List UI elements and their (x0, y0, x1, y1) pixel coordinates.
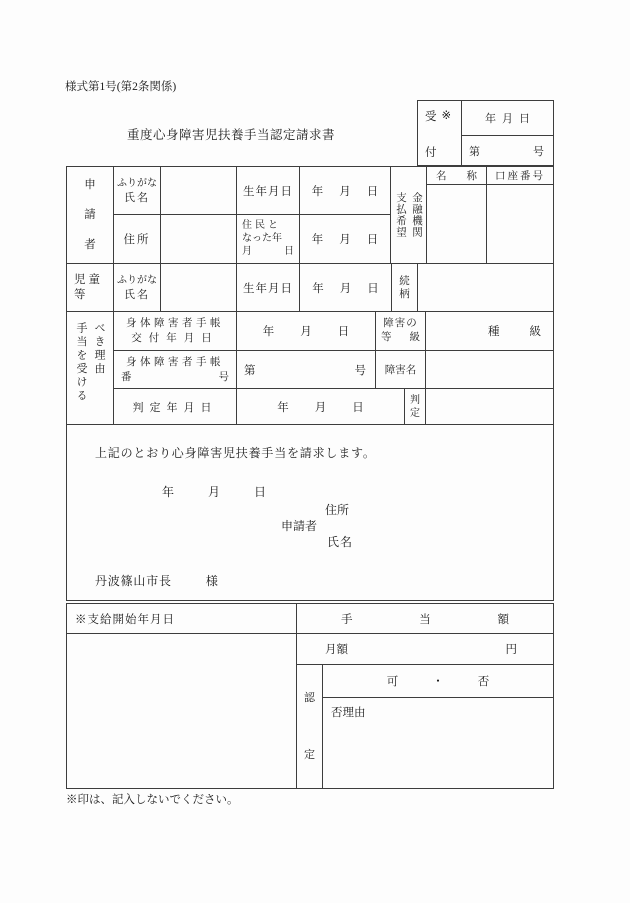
bank-name-char2: 称 (467, 168, 478, 183)
judgement-date-cell: 年 月 日 (237, 389, 405, 425)
child-label-line2: 等 (74, 288, 113, 303)
bank-name-header: 名 称 (427, 167, 487, 185)
approval-char2: 定 (304, 746, 315, 762)
allowance-char3: 額 (498, 611, 510, 627)
child-name-field (161, 264, 237, 312)
child-birthdate-label: 生年月日 (237, 264, 300, 312)
statement-name-label: 氏名 (327, 533, 353, 550)
receipt-char-uke: 受 (425, 108, 437, 124)
applicant-char-2: 請 (84, 206, 96, 222)
bank-section-label: 支払希望 金融機関 (391, 167, 427, 264)
receipt-date-month: 月 (502, 110, 513, 126)
receipt-number-suffix: 号 (533, 143, 544, 159)
handbook-issue-date-label: 身体障害者手帳 交付年月日 (114, 312, 237, 351)
allowance-amount-header: 手 当 額 (297, 604, 553, 634)
year-label: 年 (263, 323, 275, 339)
day-label: 日 (352, 399, 364, 415)
applicant-char-1: 申 (84, 176, 96, 192)
applicant-address-label: 住所 (114, 215, 161, 264)
day-label: 日 (367, 231, 379, 247)
grade-label-line2: 等 級 (381, 331, 420, 345)
statement-date: 年 月 日 (162, 483, 266, 500)
disability-name-field (426, 351, 553, 389)
resident-label-line3: 月 日 (242, 245, 294, 258)
month-label: 月 (300, 323, 312, 339)
honorific-sama: 様 (206, 572, 218, 589)
approve-option: 可 (387, 673, 399, 689)
receipt-label-top: 受 ※ (418, 108, 451, 124)
option-separator: ・ (432, 673, 444, 689)
resident-date-label-lines: 住民と なった年 月 日 (237, 215, 299, 258)
grade-unit-shu: 種 (488, 323, 500, 339)
applicant-birthdate-label: 生年月日 (237, 167, 300, 215)
applicant-resident-date-cell: 年 月 日 (300, 215, 391, 264)
child-birthdate-cell: 年 月 日 (300, 264, 392, 312)
payment-start-date-label: ※支給開始年月日 (67, 604, 297, 634)
day-label: 日 (367, 183, 379, 199)
monthly-amount-row: 月額 円 (297, 634, 553, 665)
number-char-go: 号 (219, 370, 230, 385)
declaration-text: 上記のとおり心身障害児扶養手当を請求します。 (95, 444, 376, 461)
approval-char1: 認 (304, 689, 315, 705)
relation-char2: 柄 (399, 288, 410, 301)
handbook-number-label: 身体障害者手帳 番 号 (114, 351, 237, 389)
year-label: 年 (312, 280, 324, 296)
deny-reason-cell: 否理由 (323, 698, 553, 788)
judgement-char1: 判 (410, 394, 420, 407)
applicant-address-field (161, 215, 237, 264)
judgement-char2: 定 (410, 407, 420, 420)
day-label: 日 (338, 323, 350, 339)
number-prefix: 第 (244, 362, 256, 378)
child-label-line1: 児童 (74, 273, 113, 288)
resident-label-line1: 住民と (242, 219, 294, 232)
receipt-date-day: 日 (519, 110, 530, 126)
applicant-resident-date-label: 住民と なった年 月 日 (237, 215, 300, 264)
furigana-label: ふりがな (117, 176, 157, 191)
handbook-label-line1: 身体障害者手帳 (126, 316, 224, 331)
child-relation-label: 続 柄 (392, 264, 418, 312)
receipt-date-year: 年 (485, 110, 496, 126)
child-section-label: 児童 等 (67, 264, 114, 312)
receipt-label-cell: 受 ※ 付 (418, 101, 462, 165)
day-label: 日 (284, 245, 294, 258)
bank-name-char1: 名 (436, 168, 447, 183)
bank-inst-col: 金融機関 (409, 192, 424, 238)
handbook-issue-date-cell: 年 月 日 (237, 312, 376, 351)
month-label: 月 (208, 483, 220, 500)
year-label: 年 (312, 231, 324, 247)
grade-char2: 級 (410, 331, 421, 345)
grade-unit-kyu: 級 (530, 323, 542, 339)
day-label: 日 (367, 280, 379, 296)
mayor-title: 丹波篠山市長 (95, 572, 172, 589)
allowance-char2: 当 (419, 611, 431, 627)
judgement-label: 判 定 (405, 389, 426, 425)
day-label: 日 (254, 483, 266, 500)
receipt-number-prefix: 第 (469, 143, 480, 159)
statement-address-label: 住所 (325, 501, 349, 518)
month-label: 月 (315, 399, 327, 415)
bank-wish-col: 支払希望 (393, 192, 408, 238)
relation-char1: 続 (399, 275, 410, 288)
year-label: 年 (277, 399, 289, 415)
number-suffix: 号 (355, 362, 367, 378)
handbook-number-line1: 身体障害者手帳 (121, 355, 229, 370)
statement-applicant-label: 申請者 (281, 517, 317, 534)
applicant-furigana-name-label: ふりがな 氏名 (114, 167, 161, 215)
bank-account-header: 口座番号 (487, 167, 553, 185)
form-number: 様式第1号(第2条関係) (65, 78, 176, 94)
reason-section-label: 手当を受ける べき理由 (67, 312, 114, 425)
applicant-section-label: 申 請 者 (67, 167, 114, 264)
bank-name-field (427, 185, 487, 264)
footer-note: ※印は、記入しないでください。 (66, 791, 239, 807)
receipt-box: 受 ※ 付 年 月 日 第 号 (417, 100, 554, 166)
number-char-ban: 番 (121, 370, 132, 385)
deny-option: 否 (478, 673, 490, 689)
page-title: 重度心身障害児扶養手当認定請求書 (127, 125, 335, 143)
handbook-number-cell: 第 号 (237, 351, 376, 389)
applicant-name-field (161, 167, 237, 215)
applicant-birthdate-cell: 年 月 日 (300, 167, 391, 215)
resident-label-line2: なった年 (242, 232, 294, 245)
month-label: 月 (339, 183, 351, 199)
handbook-number-line2: 番 号 (121, 370, 229, 385)
approve-deny-row: 可 ・ 否 (323, 665, 553, 698)
receipt-number-cell: 第 号 (462, 136, 553, 165)
receipt-date-cell: 年 月 日 (462, 101, 553, 136)
applicant-char-3: 者 (84, 236, 96, 252)
disability-name-label: 障害名 (376, 351, 426, 389)
child-relation-field (418, 264, 553, 312)
receipt-char-fu: 付 (418, 144, 437, 160)
decision-table: ※支給開始年月日 手 当 額 月額 円 認 定 可 ・ 否 否理由 (66, 603, 554, 789)
year-label: 年 (162, 483, 174, 500)
name-label: 氏名 (124, 191, 150, 206)
grade-value-cell: 種 級 (426, 312, 553, 351)
allowance-char1: 手 (341, 611, 353, 627)
bank-account-field (487, 185, 553, 264)
child-furigana-name-label: ふりがな 氏名 (114, 264, 161, 312)
reason-label-col1: 手当を受ける (73, 322, 89, 403)
disability-grade-label: 障害の 等 級 (376, 312, 426, 351)
judgement-field (426, 389, 553, 425)
yen-label: 円 (506, 641, 518, 657)
deny-reason-label: 否理由 (331, 704, 366, 720)
grade-char1: 等 (381, 331, 392, 345)
judgement-date-label: 判定年月日 (114, 389, 237, 425)
main-table: 申 請 者 ふりがな 氏名 生年月日 年 月 日 住所 住民と なった年 月 日 (66, 166, 554, 601)
grade-label-line1: 障害の (381, 317, 420, 331)
mayor-line: 丹波篠山市長 様 (95, 572, 218, 589)
monthly-label: 月額 (325, 641, 348, 657)
asterisk-mark: ※ (442, 108, 452, 124)
month-label: 月 (340, 280, 352, 296)
name-label: 氏名 (124, 288, 150, 303)
handbook-label-line2: 交付年月日 (131, 331, 219, 346)
approval-section-label: 認 定 (297, 665, 323, 788)
form-page: 様式第1号(第2条関係) 重度心身障害児扶養手当認定請求書 受 ※ 付 年 月 … (0, 0, 630, 903)
month-label: 月 (242, 245, 252, 258)
year-label: 年 (312, 183, 324, 199)
furigana-label: ふりがな (117, 273, 157, 288)
reason-label-col2: べき理由 (91, 322, 107, 376)
month-label: 月 (339, 231, 351, 247)
payment-start-date-field (67, 634, 297, 788)
